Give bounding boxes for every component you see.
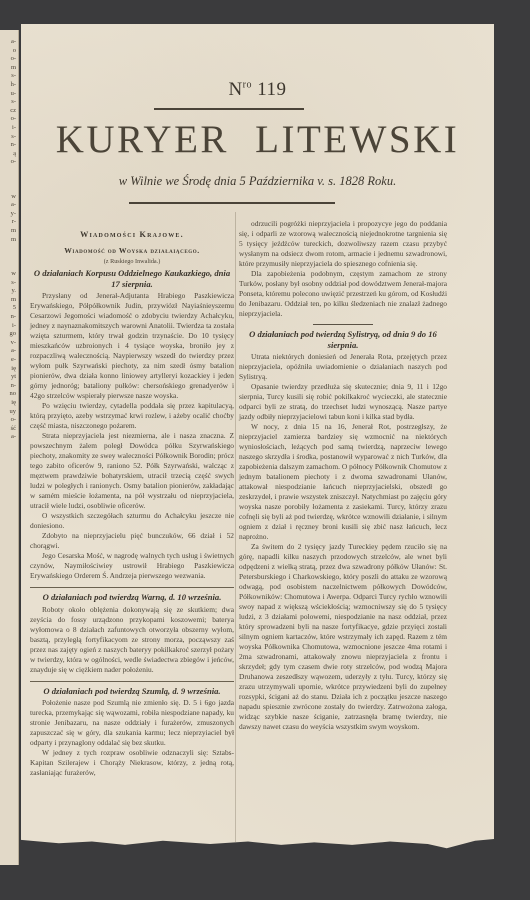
- fragment-line: ię: [0, 365, 16, 374]
- fragment-line: a-: [0, 433, 16, 442]
- fragment-line: o-: [0, 55, 16, 64]
- fragment-line: o-: [0, 158, 16, 167]
- article-paragraph: Roboty około oblężenia dokonywają się ze…: [30, 605, 234, 675]
- fragment-line: m: [0, 236, 16, 245]
- fragment-line: ą: [0, 150, 16, 159]
- fragment-line: a-: [0, 347, 16, 356]
- fragment-line: [0, 167, 16, 176]
- sub-heading: Wiadomość od Woyska działaiącego.: [30, 246, 234, 256]
- article-paragraph: Za świtem do 2 tysięcy jazdy Tureckiey p…: [239, 542, 447, 732]
- fragment-line: o-: [0, 416, 16, 425]
- article-title: O działaniach pod twierdzą Sylistryą, od…: [239, 329, 447, 350]
- article-paragraph: Utrata niektórych doniesień od Jenerała …: [239, 352, 447, 382]
- fragment-line: s-: [0, 279, 16, 288]
- left-column: Wiadomości Krajowe. Wiadomość od Woyska …: [30, 214, 234, 778]
- fragment-line: yt: [0, 373, 16, 382]
- fragment-line: u-: [0, 90, 16, 99]
- fragment-line: cz: [0, 107, 16, 116]
- fragment-line: w: [0, 193, 16, 202]
- fragment-line: 5: [0, 304, 16, 313]
- fragment-line: y.: [0, 287, 16, 296]
- fragment-line: [0, 184, 16, 193]
- article-paragraph: W nocy, z dnia 15 na 16, Jenerał Rot, po…: [239, 422, 447, 542]
- fragment-line: y-: [0, 210, 16, 219]
- fragment-line: go: [0, 330, 16, 339]
- column-divider: [235, 212, 236, 842]
- article-title: O działaniach pod twierdzą Warną, d. 10 …: [30, 592, 234, 603]
- fragment-line: no: [0, 390, 16, 399]
- fragment-line: s-: [0, 72, 16, 81]
- fragment-line: n-: [0, 141, 16, 150]
- fragment-line: e-: [0, 356, 16, 365]
- article-paragraph: Po wzięciu twierdzy, cytadella poddała s…: [30, 401, 234, 431]
- right-column: odrzucili pogróżki nieprzyjaciela i prop…: [239, 219, 447, 732]
- article-separator: [30, 587, 234, 588]
- article-paragraph: Opasanie twierdzy przedłuża się skuteczn…: [239, 382, 447, 422]
- fragment-line: s-: [0, 98, 16, 107]
- article-paragraph: W jedney z tych rozpraw osobliwie odznac…: [30, 748, 234, 778]
- fragment-line: o: [0, 47, 16, 56]
- article-paragraph: Jego Cesarska Mość, w nagrodę walnych ty…: [30, 551, 234, 581]
- fragment-line: m: [0, 227, 16, 236]
- fragment-line: i-: [0, 124, 16, 133]
- article-paragraph: odrzucili pogróżki nieprzyjaciela i prop…: [239, 219, 447, 269]
- fragment-line: [0, 261, 16, 270]
- fragment-line: v-: [0, 339, 16, 348]
- fragment-line: n-: [0, 382, 16, 391]
- issue-number: Nro 119: [21, 79, 494, 101]
- article-title: O działaniach Korpusu Oddzielnego Kaukaz…: [30, 268, 234, 289]
- fragment-line: m: [0, 64, 16, 73]
- fragment-line: [0, 244, 16, 253]
- fragment-line: [0, 253, 16, 262]
- fragment-line: a-: [0, 38, 16, 47]
- article-paragraph: Strata nieprzyjaciela jest niezmierna, a…: [30, 431, 234, 511]
- fragment-line: [0, 176, 16, 185]
- previous-page-edge: a-oo-ms-h-u-s-czo-i-s-n-ąo- wa-y-r-mm ws…: [0, 30, 19, 865]
- previous-page-text-fragments: a-oo-ms-h-u-s-czo-i-s-n-ąo- wa-y-r-mm ws…: [0, 30, 18, 442]
- article-paragraph: O wszystkich szczegółach szturmu do Acha…: [30, 511, 234, 531]
- article-separator: [30, 681, 234, 682]
- fragment-line: o-: [0, 115, 16, 124]
- fragment-line: ść: [0, 425, 16, 434]
- article-separator: [313, 324, 373, 325]
- article-title: O działaniach pod twierdzą Szumlą, d. 9 …: [30, 686, 234, 697]
- masthead-top-rule: [154, 108, 304, 110]
- article-paragraph: Położenie nasze pod Szumlą nie zmienło s…: [30, 698, 234, 748]
- fragment-line: w: [0, 270, 16, 279]
- fragment-line: a-: [0, 201, 16, 210]
- newspaper-title: KURYER LITEWSKI: [21, 117, 494, 162]
- article-paragraph: Przysłany od Jenerał-Adjutanta Hrabiego …: [30, 291, 234, 401]
- fragment-line: i-: [0, 322, 16, 331]
- masthead-bottom-rule: [129, 202, 335, 204]
- article-paragraph: Zdobyto na nieprzyjacielu pięć bunczuków…: [30, 531, 234, 551]
- fragment-line: n-: [0, 313, 16, 322]
- dateline: w Wilnie we Środę dnia 5 Października v.…: [21, 174, 494, 189]
- fragment-line: ię: [0, 399, 16, 408]
- fragment-line: uy: [0, 408, 16, 417]
- right-articles: odrzucili pogróżki nieprzyjaciela i prop…: [239, 219, 447, 732]
- fragment-line: s-: [0, 133, 16, 142]
- source-note: (z Ruskiego Inwalida.): [30, 257, 234, 267]
- fragment-line: m: [0, 296, 16, 305]
- newspaper-page: Nro 119 KURYER LITEWSKI w Wilnie we Środ…: [21, 24, 494, 854]
- section-heading: Wiadomości Krajowe.: [30, 230, 234, 240]
- fragment-line: h-: [0, 81, 16, 90]
- fragment-line: r-: [0, 218, 16, 227]
- article-paragraph: Dla zapobieżenia podobnym, częstym zamac…: [239, 269, 447, 319]
- left-articles: O działaniach Korpusu Oddzielnego Kaukaz…: [30, 268, 234, 778]
